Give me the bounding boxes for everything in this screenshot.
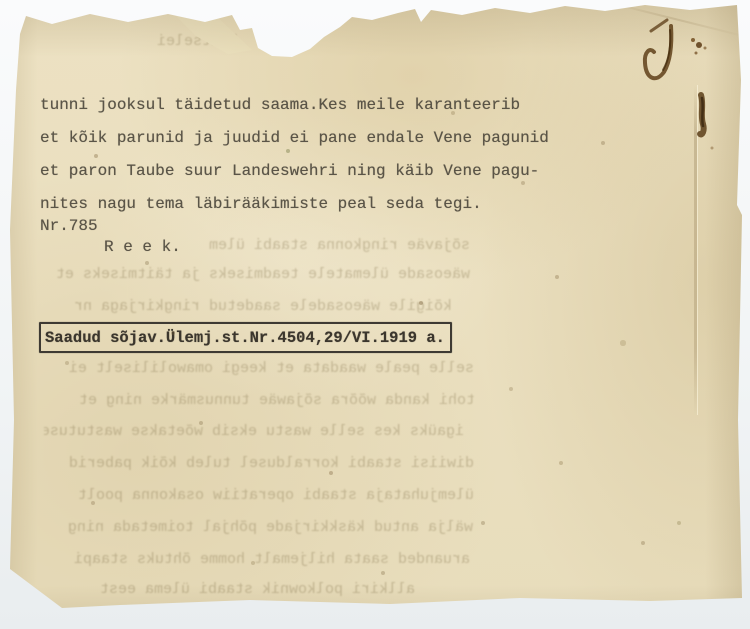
scan-background: kantselei sõjaväe ringkonna staabi ülem …	[0, 0, 750, 629]
paperclip-rust-stain	[0, 0, 750, 629]
document-paper: kantselei sõjaväe ringkonna staabi ülem …	[0, 0, 750, 629]
paper-specks	[0, 0, 2, 2]
